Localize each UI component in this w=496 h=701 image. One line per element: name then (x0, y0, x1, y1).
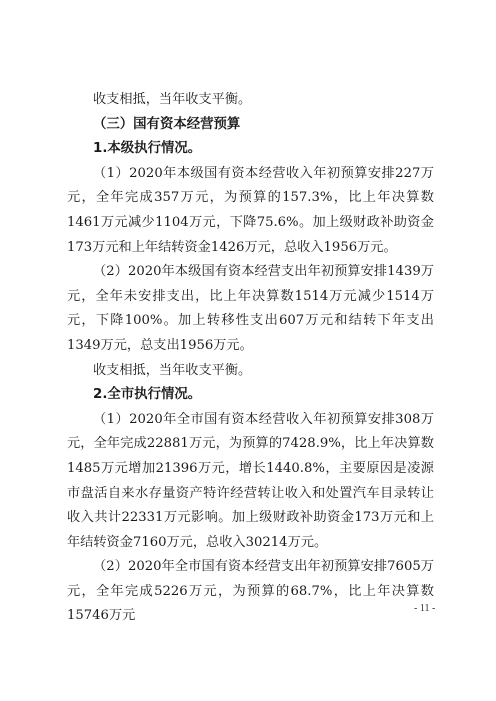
subsection-heading: 2.全市执行情况。 (67, 383, 434, 408)
document-page: 收支相抵，当年收支平衡。 （三）国有资本经营预算 1.本级执行情况。 （1）20… (67, 88, 434, 629)
body-paragraph: （2）2020年全市国有资本经营支出年初预算安排7605万元，全年完成5226万… (67, 555, 434, 629)
body-paragraph: （1）2020年全市国有资本经营收入年初预算安排308万元，全年完成22881万… (67, 408, 434, 556)
body-paragraph: 收支相抵，当年收支平衡。 (67, 88, 434, 113)
subsection-heading: 1.本级执行情况。 (67, 137, 434, 162)
body-paragraph: （2）2020年本级国有资本经营支出年初预算安排1439万元，全年未安排支出，比… (67, 260, 434, 358)
section-heading: （三）国有资本经营预算 (67, 113, 434, 138)
body-paragraph: （1）2020年本级国有资本经营收入年初预算安排227万元，全年完成357万元，… (67, 162, 434, 260)
page-number: - 11 - (414, 603, 435, 614)
body-paragraph: 收支相抵，当年收支平衡。 (67, 359, 434, 384)
